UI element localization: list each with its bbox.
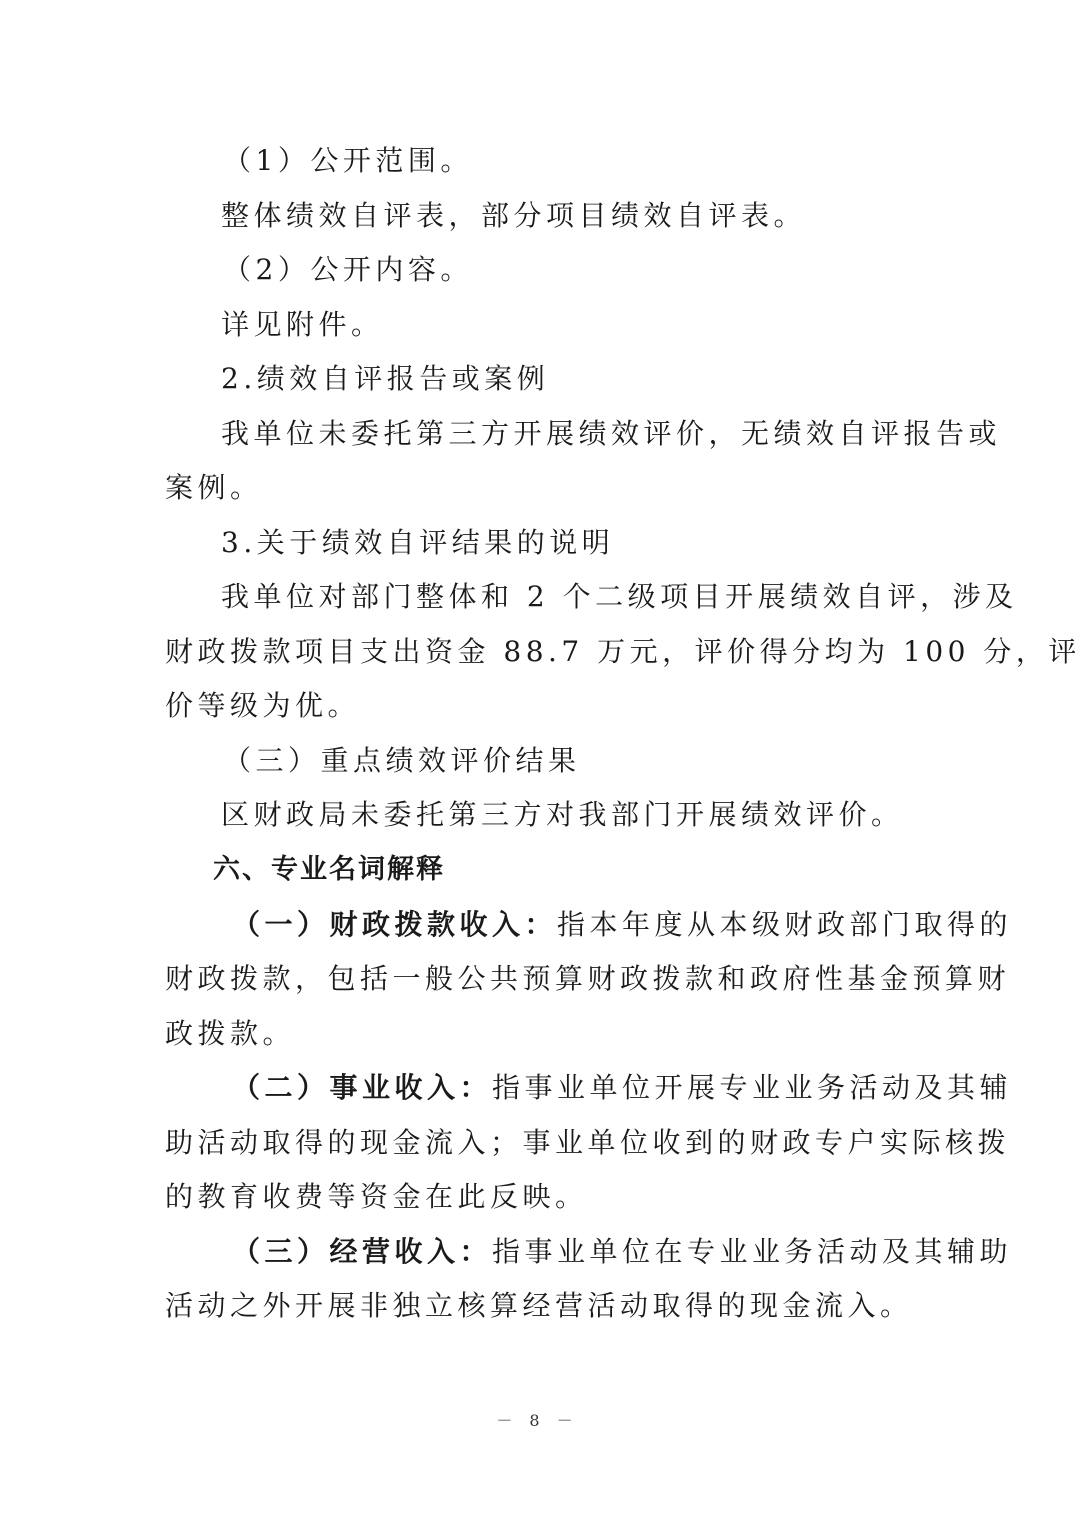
glossary-definition: 指事业单位开展专业业务活动及其辅 [492, 1071, 1012, 1104]
glossary-term: （三）经营收入： [232, 1235, 492, 1268]
paragraph-text: 详见附件。 [221, 308, 971, 342]
paragraph-text: 活动之外开展非独立核算经营活动取得的现金流入。 [165, 1289, 915, 1323]
glossary-term: （二）事业收入： [232, 1071, 492, 1104]
paragraph-text: 政拨款。 [165, 1017, 915, 1051]
paragraph-text: 财政拨款项目支出资金 88.7 万元，评价得分均为 100 分，评 [165, 635, 915, 669]
section-item-self-evaluation-report: 2.绩效自评报告或案例 [221, 362, 971, 396]
document-page: （1）公开范围。 整体绩效自评表，部分项目绩效自评表。 （2）公开内容。 详见附… [0, 0, 1075, 1520]
glossary-item-operating-income: （三）经营收入：指事业单位在专业业务活动及其辅助 [232, 1235, 982, 1269]
glossary-term: （一）财政拨款收入： [232, 908, 557, 941]
page-number: － 8 － [0, 1408, 1075, 1431]
glossary-item-business-income: （二）事业收入：指事业单位开展专业业务活动及其辅 [232, 1071, 982, 1105]
sub-item-disclosure-scope: （1）公开范围。 [223, 144, 973, 178]
section-heading-glossary: 六、专业名词解释 [213, 853, 963, 887]
subsection-heading-key-evaluation: （三）重点绩效评价结果 [223, 744, 973, 778]
paragraph-text: 我单位对部门整体和 2 个二级项目开展绩效自评，涉及 [221, 580, 971, 614]
section-item-self-evaluation-explanation: 3.关于绩效自评结果的说明 [221, 526, 971, 560]
sub-item-disclosure-content: （2）公开内容。 [223, 253, 973, 287]
glossary-definition: 指事业单位在专业业务活动及其辅助 [492, 1235, 1012, 1268]
paragraph-text: 区财政局未委托第三方对我部门开展绩效评价。 [221, 798, 971, 832]
paragraph-text: 助活动取得的现金流入；事业单位收到的财政专户实际核拨 [165, 1126, 915, 1160]
glossary-definition: 指本年度从本级财政部门取得的 [557, 908, 1012, 941]
paragraph-text: 的教育收费等资金在此反映。 [165, 1180, 915, 1214]
paragraph-text: 财政拨款，包括一般公共预算财政拨款和政府性基金预算财 [165, 962, 915, 996]
paragraph-text: 整体绩效自评表，部分项目绩效自评表。 [221, 199, 971, 233]
glossary-item-fiscal-appropriation: （一）财政拨款收入：指本年度从本级财政部门取得的 [232, 908, 982, 942]
paragraph-text: 案例。 [165, 471, 915, 505]
paragraph-text: 我单位未委托第三方开展绩效评价，无绩效自评报告或 [221, 417, 971, 451]
paragraph-text: 价等级为优。 [165, 689, 915, 723]
